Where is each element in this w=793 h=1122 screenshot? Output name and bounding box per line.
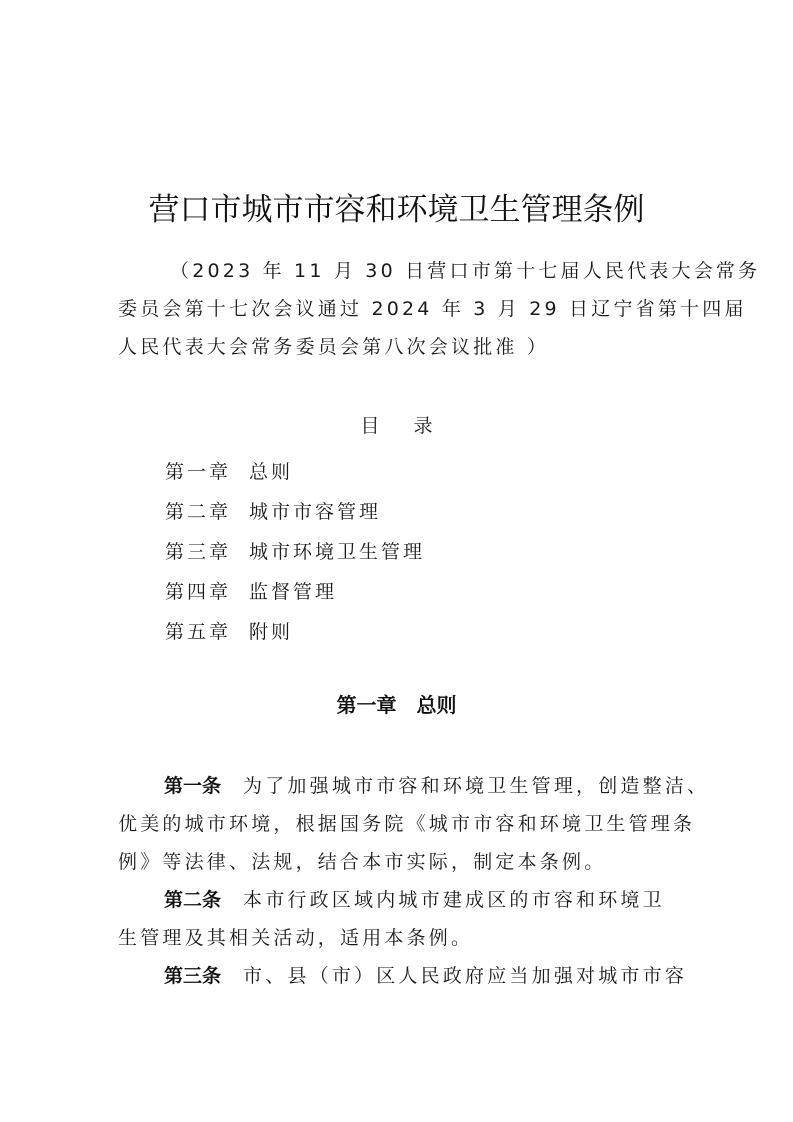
article-line: 第三条市、县（市）区人民政府应当加强对城市市容 [118,957,688,995]
article-line: 第一条为了加强城市市容和环境卫生管理，创造整洁、 [118,767,688,805]
document-title: 营口市城市市容和环境卫生管理条例 [0,188,793,232]
article-number: 第三条 [164,965,221,987]
subtitle-line: 委员会第十七次会议通过 2024 年 3 月 29 日辽宁省第十四届 [118,290,688,328]
document-subtitle: （2023 年 11 月 30 日营口市第十七届人民代表大会常务 委员会第十七次… [118,252,688,366]
toc-chapter-name: 城市环境卫生管理 [249,541,425,563]
toc-item: 第二章城市市容管理 [165,492,425,532]
toc-chapter-name: 城市市容管理 [249,501,381,523]
toc-chapter-number: 第四章 [165,572,249,612]
toc-chapter-number: 第一章 [165,452,249,492]
toc-chapter-number: 第五章 [165,612,249,652]
article-text: 本市行政区域内城市建成区的市容和环境卫 [243,889,665,911]
toc-item: 第三章城市环境卫生管理 [165,532,425,572]
toc-item: 第五章附则 [165,612,425,652]
toc-item: 第四章监督管理 [165,572,425,612]
document-page: 营口市城市市容和环境卫生管理条例 （2023 年 11 月 30 日营口市第十七… [0,0,793,1122]
toc-chapter-number: 第三章 [165,532,249,572]
table-of-contents: 第一章总则 第二章城市市容管理 第三章城市环境卫生管理 第四章监督管理 第五章附… [165,452,425,652]
chapter-number: 第一章 [337,693,397,717]
article-line: 生管理及其相关活动，适用本条例。 [118,919,688,957]
toc-heading-part1: 目 [360,415,379,437]
article-number: 第一条 [164,775,221,797]
article-line: 优美的城市环境，根据国务院《城市市容和环境卫生管理条 [118,805,688,843]
chapter-name: 总则 [417,693,457,717]
toc-chapter-name: 总则 [249,461,293,483]
articles-body: 第一条为了加强城市市容和环境卫生管理，创造整洁、 优美的城市环境，根据国务院《城… [118,767,688,995]
article-text: 为了加强城市市容和环境卫生管理，创造整洁、 [243,775,709,797]
article-number: 第二条 [164,889,221,911]
toc-heading-part2: 录 [414,415,433,437]
toc-chapter-name: 附则 [249,621,293,643]
subtitle-line: 人民代表大会常务委员会第八次会议批准 ） [118,328,688,366]
article-line: 例》等法律、法规，结合本市实际，制定本条例。 [118,843,688,881]
toc-item: 第一章总则 [165,452,425,492]
toc-chapter-number: 第二章 [165,492,249,532]
toc-heading: 目录 [0,412,793,440]
chapter-heading: 第一章总则 [0,690,793,720]
toc-chapter-name: 监督管理 [249,581,337,603]
article-line: 第二条本市行政区域内城市建成区的市容和环境卫 [118,881,688,919]
article-text: 市、县（市）区人民政府应当加强对城市市容 [243,965,687,987]
subtitle-line: （2023 年 11 月 30 日营口市第十七届人民代表大会常务 [118,252,688,290]
